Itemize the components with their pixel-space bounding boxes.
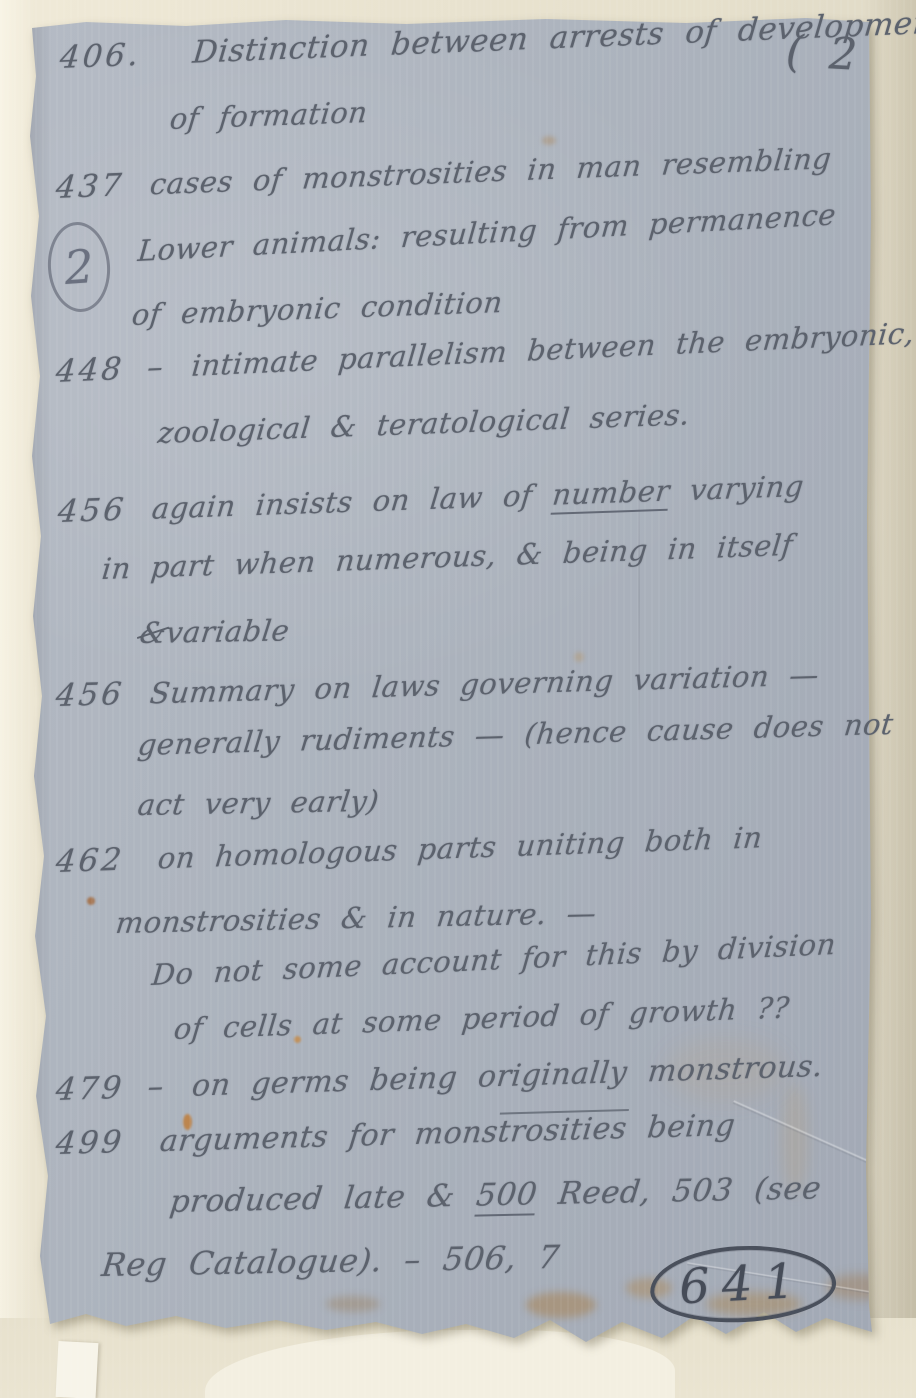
line-text: of cells at some period of growth ?? — [172, 990, 791, 1046]
line-text: Reg Catalogue). – 506, 7 — [100, 1238, 562, 1284]
line-text: act very early) — [136, 784, 381, 822]
line-text: varying — [668, 469, 806, 508]
manuscript-line: Reg Catalogue). – 506, 7 — [100, 1238, 562, 1284]
line-text: produced late & — [168, 1178, 479, 1221]
entry-number: 499 — [54, 1124, 126, 1162]
manuscript-line: 456Summary on laws governing variation — — [54, 657, 821, 714]
struck-character: & — [138, 616, 169, 651]
line-text: monstrosities & in nature. — — [114, 896, 599, 940]
line-text: in part when numerous, & being in itself — [100, 528, 795, 586]
manuscript-line: Lower animals: resulting from permanence — [137, 197, 838, 268]
line-text: generally rudiments — (hence cause does … — [136, 707, 895, 762]
manuscript-line: 456again insists on law of number varyin… — [56, 468, 806, 530]
manuscript-line: in part when numerous, & being in itself — [100, 528, 795, 586]
photographed-album-page: ( 2 2 406.Distinction between arrests of… — [0, 0, 916, 1398]
line-text: Reed, 503 (see — [535, 1170, 823, 1212]
manuscript-line: zoological & teratological series. — [156, 397, 692, 450]
line-text: variable — [164, 613, 291, 649]
manuscript-line: of cells at some period of growth ?? — [172, 990, 791, 1046]
folio-number-circled: 641 — [648, 1241, 838, 1327]
handwriting-layer: ( 2 2 406.Distinction between arrests of… — [0, 0, 916, 1398]
entry-number: 448 – — [54, 349, 167, 390]
entry-number: 456 — [54, 676, 126, 714]
manuscript-line: produced late & 500 Reed, 503 (see — [168, 1170, 824, 1220]
line-text: being — [625, 1108, 737, 1146]
manuscript-line: 437cases of monstrosities in man resembl… — [54, 140, 833, 206]
manuscript-line: of formation — [168, 95, 369, 136]
margin-circled-number: 2 — [45, 220, 113, 314]
manuscript-line: act very early) — [136, 784, 381, 822]
manuscript-line: &variable — [138, 613, 292, 650]
line-text: arguments for mons — [158, 1115, 500, 1160]
line-text: on homologous parts uniting both in — [156, 820, 764, 875]
manuscript-line: 462on homologous parts uniting both in — [54, 819, 764, 880]
line-text: Lower animals: resulting from permanence — [137, 197, 838, 268]
line-text: of embryonic condition — [130, 285, 504, 332]
manuscript-line: generally rudiments — (hence cause does … — [136, 707, 895, 762]
entry-number: 406. — [58, 37, 143, 76]
line-text: cases of monstrosities in man resembling — [148, 141, 833, 201]
entry-number: 437 — [54, 167, 126, 206]
underlined-word: number — [550, 474, 671, 515]
line-text: on germs being originally monstrous. — [190, 1049, 825, 1104]
entry-number: 456 — [56, 492, 128, 531]
manuscript-line: 479 –on germs being originally monstrous… — [54, 1048, 825, 1108]
line-text: zoological & teratological series. — [156, 397, 692, 450]
entry-number: 479 – — [54, 1068, 168, 1108]
line-text: of formation — [168, 95, 369, 136]
manuscript-line: of embryonic condition — [130, 285, 504, 332]
overlined-word-part: trosities — [496, 1109, 629, 1150]
entry-number: 462 — [54, 842, 126, 881]
manuscript-line: monstrosities & in nature. — — [114, 896, 599, 940]
line-text: again insists on law of — [150, 478, 554, 526]
line-text: Summary on laws governing variation — — [148, 658, 821, 711]
underlined-number: 500 — [474, 1176, 539, 1216]
manuscript-line: 499arguments for monstrosities being — [54, 1107, 737, 1162]
